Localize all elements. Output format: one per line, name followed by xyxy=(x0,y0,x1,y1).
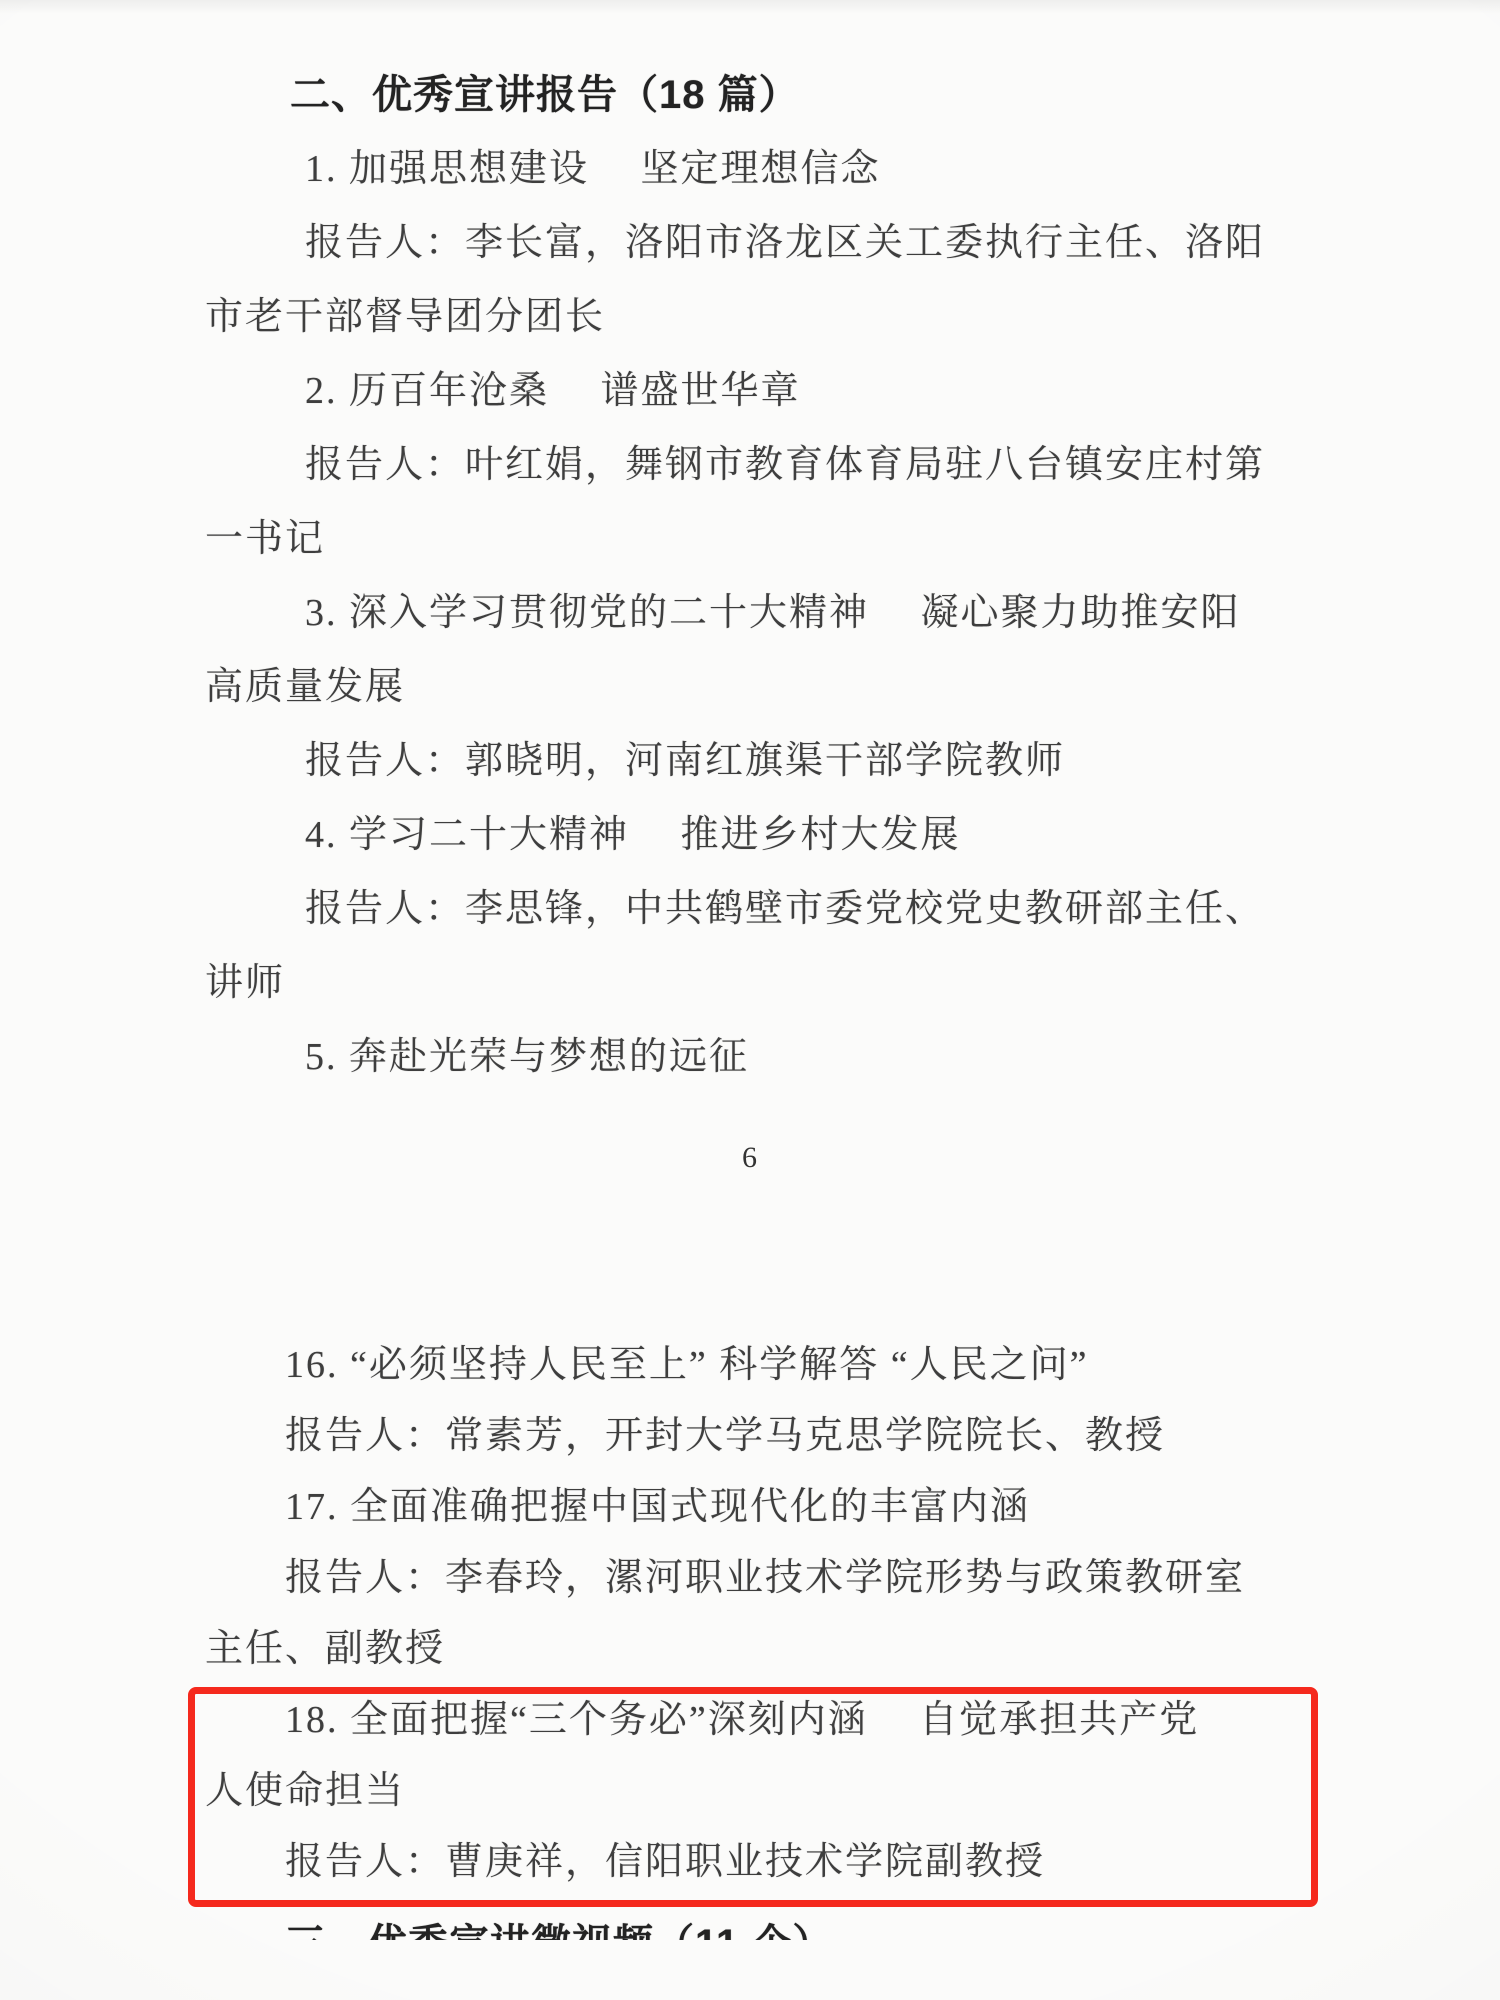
item-16-reporter: 报告人：常素芳，开封大学马克思学院院长、教授 xyxy=(205,1401,1340,1472)
item-2-reporter-cont: 一书记 xyxy=(205,502,1340,576)
highlight-box xyxy=(188,1687,1318,1907)
item-17-title: 17. 全面准确把握中国式现代化的丰富内涵 xyxy=(205,1472,1340,1543)
item-17-reporter-cont: 主任、副教授 xyxy=(205,1614,1340,1685)
page-number: 6 xyxy=(0,1140,1500,1176)
item-3-title: 3. 深入学习贯彻党的二十大精神 凝心聚力助推安阳 xyxy=(205,576,1340,650)
section-2-heading: 二、优秀宣讲报告（18 篇） xyxy=(205,58,1340,132)
item-1-reporter-cont: 市老干部督导团分团长 xyxy=(205,280,1340,354)
item-2-title: 2. 历百年沧桑 谱盛世华章 xyxy=(205,354,1340,428)
item-5-title: 5. 奔赴光荣与梦想的远征 xyxy=(205,1020,1340,1094)
section-2-report-list: 二、优秀宣讲报告（18 篇）1. 加强思想建设 坚定理想信念报告人：李长富，洛阳… xyxy=(205,58,1340,1094)
item-3-title-cont: 高质量发展 xyxy=(205,650,1340,724)
document-page: 二、优秀宣讲报告（18 篇）1. 加强思想建设 坚定理想信念报告人：李长富，洛阳… xyxy=(0,0,1500,2000)
item-4-reporter: 报告人：李思锋，中共鹤壁市委党校党史教研部主任、 xyxy=(205,872,1340,946)
item-1-reporter: 报告人：李长富，洛阳市洛龙区关工委执行主任、洛阳 xyxy=(205,206,1340,280)
item-2-reporter: 报告人：叶红娟，舞钢市教育体育局驻八台镇安庄村第 xyxy=(205,428,1340,502)
item-17-reporter: 报告人：李春玲，漯河职业技术学院形势与政策教研室 xyxy=(205,1543,1340,1614)
item-4-title: 4. 学习二十大精神 推进乡村大发展 xyxy=(205,798,1340,872)
item-4-reporter-cont: 讲师 xyxy=(205,946,1340,1020)
item-3-reporter: 报告人：郭晓明，河南红旗渠干部学院教师 xyxy=(205,724,1340,798)
section-3-heading-text: 三、优秀宣讲微视频（11 个） xyxy=(205,1916,1340,1940)
item-1-title: 1. 加强思想建设 坚定理想信念 xyxy=(205,132,1340,206)
section-3-heading-clipped: 三、优秀宣讲微视频（11 个） xyxy=(205,1916,1340,1940)
item-16-title: 16. “必须坚持人民至上” 科学解答 “人民之问” xyxy=(205,1330,1340,1401)
